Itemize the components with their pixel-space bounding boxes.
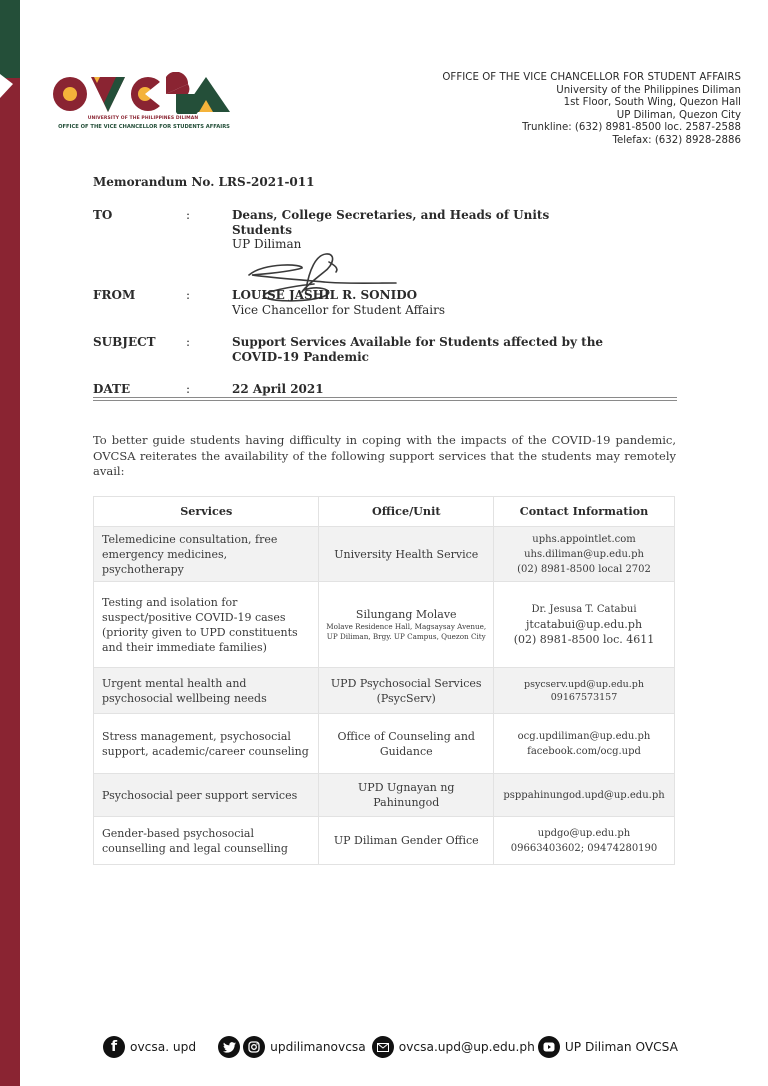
left-band-green-segment — [0, 0, 20, 78]
header-divider-bottom — [93, 400, 677, 401]
contact-facebook: facebook.com/ocg.upd — [498, 744, 670, 759]
header-divider-top — [93, 397, 677, 398]
contact-phone: (02) 8981-8500 local 2702 — [498, 562, 670, 577]
ovcsa-logo: UNIVERSITY OF THE PHILIPPINES DILIMAN OF… — [48, 72, 233, 132]
contact-phone: 09663403602; 09474280190 — [498, 841, 670, 856]
contact-email: updgo@up.edu.ph — [498, 826, 670, 841]
contact-email: psppahinungod.upd@up.edu.ph — [498, 788, 670, 803]
subject-colon: : — [186, 335, 190, 350]
office-address: Molave Residence Hall, Magsaysay Avenue,… — [323, 622, 489, 642]
trunkline: Trunkline: (632) 8981-8500 loc. 2587-258… — [442, 122, 741, 135]
office-cell: UP Diliman Gender Office — [319, 817, 494, 865]
date-label: DATE — [93, 382, 173, 397]
memorandum-number: Memorandum No. LRS-2021-011 — [93, 175, 314, 189]
service-cell: Stress management, psychosocial support,… — [94, 714, 319, 774]
to-colon: : — [186, 208, 190, 223]
office-name: OFFICE OF THE VICE CHANCELLOR FOR STUDEN… — [442, 72, 741, 85]
office-cell: UPD Psychosocial Services (PsycServ) — [319, 668, 494, 714]
service-cell: Gender-based psychosocial counselling an… — [94, 817, 319, 865]
office-cell: UPD Ugnayan ng Pahinungod — [319, 774, 494, 817]
column-header-contact: Contact Information — [494, 497, 675, 527]
office-cell: Office of Counseling and Guidance — [319, 714, 494, 774]
support-services-table: Services Office/Unit Contact Information… — [93, 496, 675, 865]
subject-label: SUBJECT — [93, 335, 173, 350]
office-cell: Silungang Molave Molave Residence Hall, … — [319, 582, 494, 668]
table-row: Urgent mental health and psychosocial we… — [94, 668, 675, 714]
footer-social-links: f ovcsa. upd updilimanovcsa ovcsa.upd@up… — [103, 1034, 678, 1060]
university-name: University of the Philippines Diliman — [442, 85, 741, 98]
twitter-icon[interactable] — [218, 1036, 240, 1058]
contact-cell: psycserv.upd@up.edu.ph 09167573157 — [494, 668, 675, 714]
youtube-channel[interactable]: UP Diliman OVCSA — [565, 1040, 678, 1054]
sender-title: Vice Chancellor for Student Affairs — [232, 303, 692, 318]
column-header-office: Office/Unit — [319, 497, 494, 527]
date-value: 22 April 2021 — [232, 382, 692, 397]
facebook-icon[interactable]: f — [103, 1036, 125, 1058]
service-cell: Telemedicine consultation, free emergenc… — [94, 527, 319, 582]
address-line-1: 1st Floor, South Wing, Quezon Hall — [442, 97, 741, 110]
contact-cell: Dr. Jesusa T. Catabui jtcatabui@up.edu.p… — [494, 582, 675, 668]
contact-cell: psppahinungod.upd@up.edu.ph — [494, 774, 675, 817]
telefax: Telefax: (632) 8928-2886 — [442, 135, 741, 148]
from-value: LOUISE JASHIL R. SONIDO Vice Chancellor … — [232, 288, 692, 317]
instagram-icon[interactable] — [243, 1036, 265, 1058]
facebook-handle[interactable]: ovcsa. upd — [130, 1040, 196, 1054]
left-band-notch — [0, 74, 13, 98]
letterhead-address: OFFICE OF THE VICE CHANCELLOR FOR STUDEN… — [442, 72, 741, 148]
intro-paragraph: To better guide students having difficul… — [93, 433, 676, 480]
office-name: Silungang Molave — [323, 607, 489, 622]
service-cell: Urgent mental health and psychosocial we… — [94, 668, 319, 714]
contact-cell: updgo@up.edu.ph 09663403602; 09474280190 — [494, 817, 675, 865]
contact-phone: 09167573157 — [498, 691, 670, 704]
service-cell: Psychosocial peer support services — [94, 774, 319, 817]
contact-phone: (02) 8981-8500 loc. 4611 — [498, 632, 670, 647]
to-recipients-line-2: Students — [232, 223, 692, 238]
table-row: Gender-based psychosocial counselling an… — [94, 817, 675, 865]
subject-value: Support Services Available for Students … — [232, 335, 652, 364]
twitter-instagram-handle[interactable]: updilimanovcsa — [270, 1040, 366, 1054]
table-row: Testing and isolation for suspect/positi… — [94, 582, 675, 668]
contact-email: jtcatabui@up.edu.ph — [498, 617, 670, 632]
mail-icon[interactable] — [372, 1036, 394, 1058]
contact-email: psycserv.upd@up.edu.ph — [498, 678, 670, 691]
sender-name: LOUISE JASHIL R. SONIDO — [232, 288, 692, 303]
contact-person: Dr. Jesusa T. Catabui — [498, 602, 670, 617]
logo-university-text: UNIVERSITY OF THE PHILIPPINES DILIMAN — [48, 116, 238, 121]
table-header-row: Services Office/Unit Contact Information — [94, 497, 675, 527]
contact-website: uphs.appointlet.com — [498, 532, 670, 547]
ovcsa-wordmark-icon — [48, 72, 233, 114]
contact-cell: ocg.updiliman@up.edu.ph facebook.com/ocg… — [494, 714, 675, 774]
address-line-2: UP Diliman, Quezon City — [442, 110, 741, 123]
to-value: Deans, College Secretaries, and Heads of… — [232, 208, 692, 252]
youtube-icon[interactable] — [538, 1036, 560, 1058]
date-colon: : — [186, 382, 190, 397]
left-decorative-band — [0, 0, 20, 1086]
email-address[interactable]: ovcsa.upd@up.edu.ph — [399, 1040, 535, 1054]
to-recipients-line-1: Deans, College Secretaries, and Heads of… — [232, 208, 692, 223]
from-colon: : — [186, 288, 190, 303]
to-label: TO — [93, 208, 173, 223]
office-cell: University Health Service — [319, 527, 494, 582]
contact-email: uhs.diliman@up.edu.ph — [498, 547, 670, 562]
column-header-services: Services — [94, 497, 319, 527]
from-label: FROM — [93, 288, 173, 303]
table-row: Stress management, psychosocial support,… — [94, 714, 675, 774]
contact-cell: uphs.appointlet.com uhs.diliman@up.edu.p… — [494, 527, 675, 582]
table-row: Psychosocial peer support services UPD U… — [94, 774, 675, 817]
service-cell: Testing and isolation for suspect/positi… — [94, 582, 319, 668]
table-row: Telemedicine consultation, free emergenc… — [94, 527, 675, 582]
contact-email: ocg.updiliman@up.edu.ph — [498, 729, 670, 744]
logo-office-text: OFFICE OF THE VICE CHANCELLOR FOR STUDEN… — [44, 124, 244, 130]
